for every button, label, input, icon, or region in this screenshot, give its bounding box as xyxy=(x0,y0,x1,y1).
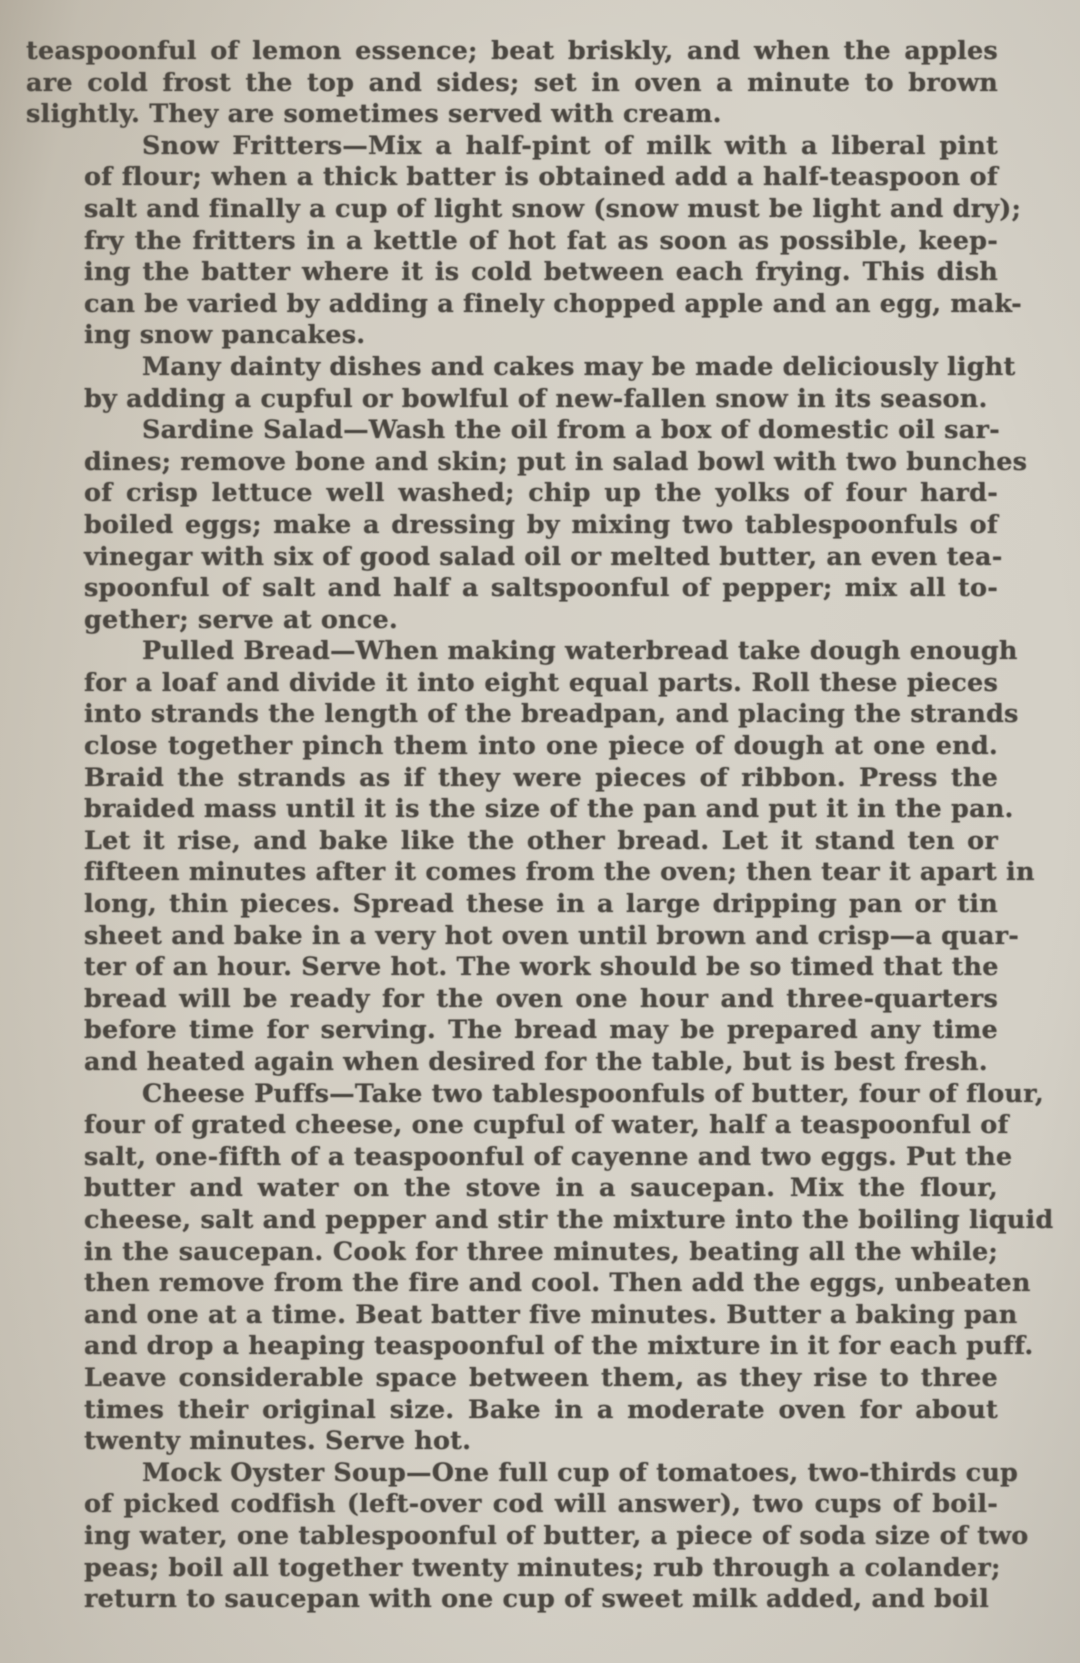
text-line: Cheese Puffs—Take two tablespoonfuls of … xyxy=(26,1079,998,1111)
text-line: boiled eggs; make a dressing by mixing t… xyxy=(26,510,998,542)
paragraph-pulled-bread: Pulled Bread—When making waterbread take… xyxy=(26,636,1058,1078)
text-line: and heated again when desired for the ta… xyxy=(26,1047,998,1079)
text-line: salt, one-fifth of a teaspoonful of caye… xyxy=(26,1142,998,1174)
text-line: salt and finally a cup of light snow (sn… xyxy=(26,194,998,226)
text-line: fifteen minutes after it comes from the … xyxy=(26,857,998,889)
text-line: are cold frost the top and sides; set in… xyxy=(26,68,998,100)
text-line: into strands the length of the breadpan,… xyxy=(26,699,998,731)
book-page: teaspoonful of lemon essence; beat brisk… xyxy=(26,36,1058,1616)
text-line: Sardine Salad—Wash the oil from a box of… xyxy=(26,415,998,447)
text-line: twenty minutes. Serve hot. xyxy=(26,1426,998,1458)
text-line: of flour; when a thick batter is obtaine… xyxy=(26,162,998,194)
text-line: Snow Fritters—Mix a half-pint of milk wi… xyxy=(26,131,998,163)
text-line: Many dainty dishes and cakes may be made… xyxy=(26,352,998,384)
text-line: and one at a time. Beat batter five minu… xyxy=(26,1300,998,1332)
text-line: ing snow pancakes. xyxy=(26,320,998,352)
text-line: teaspoonful of lemon essence; beat brisk… xyxy=(26,36,998,68)
text-line: vinegar with six of good salad oil or me… xyxy=(26,542,998,574)
text-line: in the saucepan. Cook for three minutes,… xyxy=(26,1237,998,1269)
text-line: return to saucepan with one cup of sweet… xyxy=(26,1584,998,1616)
text-line: by adding a cupful or bowlful of new-fal… xyxy=(26,384,998,416)
text-line: Pulled Bread—When making waterbread take… xyxy=(26,636,998,668)
text-line: long, thin pieces. Spread these in a lar… xyxy=(26,889,998,921)
text-line: spoonful of salt and half a saltspoonful… xyxy=(26,573,998,605)
text-line: ing the batter where it is cold between … xyxy=(26,257,998,289)
text-line: Leave considerable space between them, a… xyxy=(26,1363,998,1395)
paragraph-apples-continued: teaspoonful of lemon essence; beat brisk… xyxy=(26,36,1058,131)
paragraph-snow-note: Many dainty dishes and cakes may be made… xyxy=(26,352,1058,415)
text-line: of crisp lettuce well washed; chip up th… xyxy=(26,478,998,510)
text-line: Mock Oyster Soup—One full cup of tomatoe… xyxy=(26,1458,998,1490)
text-line: ter of an hour. Serve hot. The work shou… xyxy=(26,952,998,984)
text-line: peas; boil all together twenty minutes; … xyxy=(26,1553,998,1585)
text-line: butter and water on the stove in a sauce… xyxy=(26,1173,998,1205)
text-line: Braid the strands as if they were pieces… xyxy=(26,763,998,795)
text-line: Let it rise, and bake like the other bre… xyxy=(26,826,998,858)
text-line: fry the fritters in a kettle of hot fat … xyxy=(26,226,998,258)
text-line: close together pinch them into one piece… xyxy=(26,731,998,763)
text-line: gether; serve at once. xyxy=(26,605,998,637)
text-line: ing water, one tablespoonful of butter, … xyxy=(26,1521,998,1553)
text-line: sheet and bake in a very hot oven until … xyxy=(26,921,998,953)
text-line: before time for serving. The bread may b… xyxy=(26,1015,998,1047)
text-line: bread will be ready for the oven one hou… xyxy=(26,984,998,1016)
text-line: braided mass until it is the size of the… xyxy=(26,794,998,826)
text-line: and drop a heaping teaspoonful of the mi… xyxy=(26,1331,998,1363)
paragraph-mock-oyster-soup: Mock Oyster Soup—One full cup of tomatoe… xyxy=(26,1458,1058,1616)
paragraph-sardine-salad: Sardine Salad—Wash the oil from a box of… xyxy=(26,415,1058,636)
paragraph-cheese-puffs: Cheese Puffs—Take two tablespoonfuls of … xyxy=(26,1079,1058,1458)
text-line: cheese, salt and pepper and stir the mix… xyxy=(26,1205,998,1237)
text-line: for a loaf and divide it into eight equa… xyxy=(26,668,998,700)
text-line: then remove from the fire and cool. Then… xyxy=(26,1268,998,1300)
text-line: times their original size. Bake in a mod… xyxy=(26,1395,998,1427)
text-line: of picked codfish (left-over cod will an… xyxy=(26,1489,998,1521)
text-line: can be varied by adding a finely chopped… xyxy=(26,289,998,321)
paragraph-snow-fritters: Snow Fritters—Mix a half-pint of milk wi… xyxy=(26,131,1058,352)
text-line: four of grated cheese, one cupful of wat… xyxy=(26,1110,998,1142)
text-line: dines; remove bone and skin; put in sala… xyxy=(26,447,998,479)
text-line: slightly. They are sometimes served with… xyxy=(26,99,998,131)
